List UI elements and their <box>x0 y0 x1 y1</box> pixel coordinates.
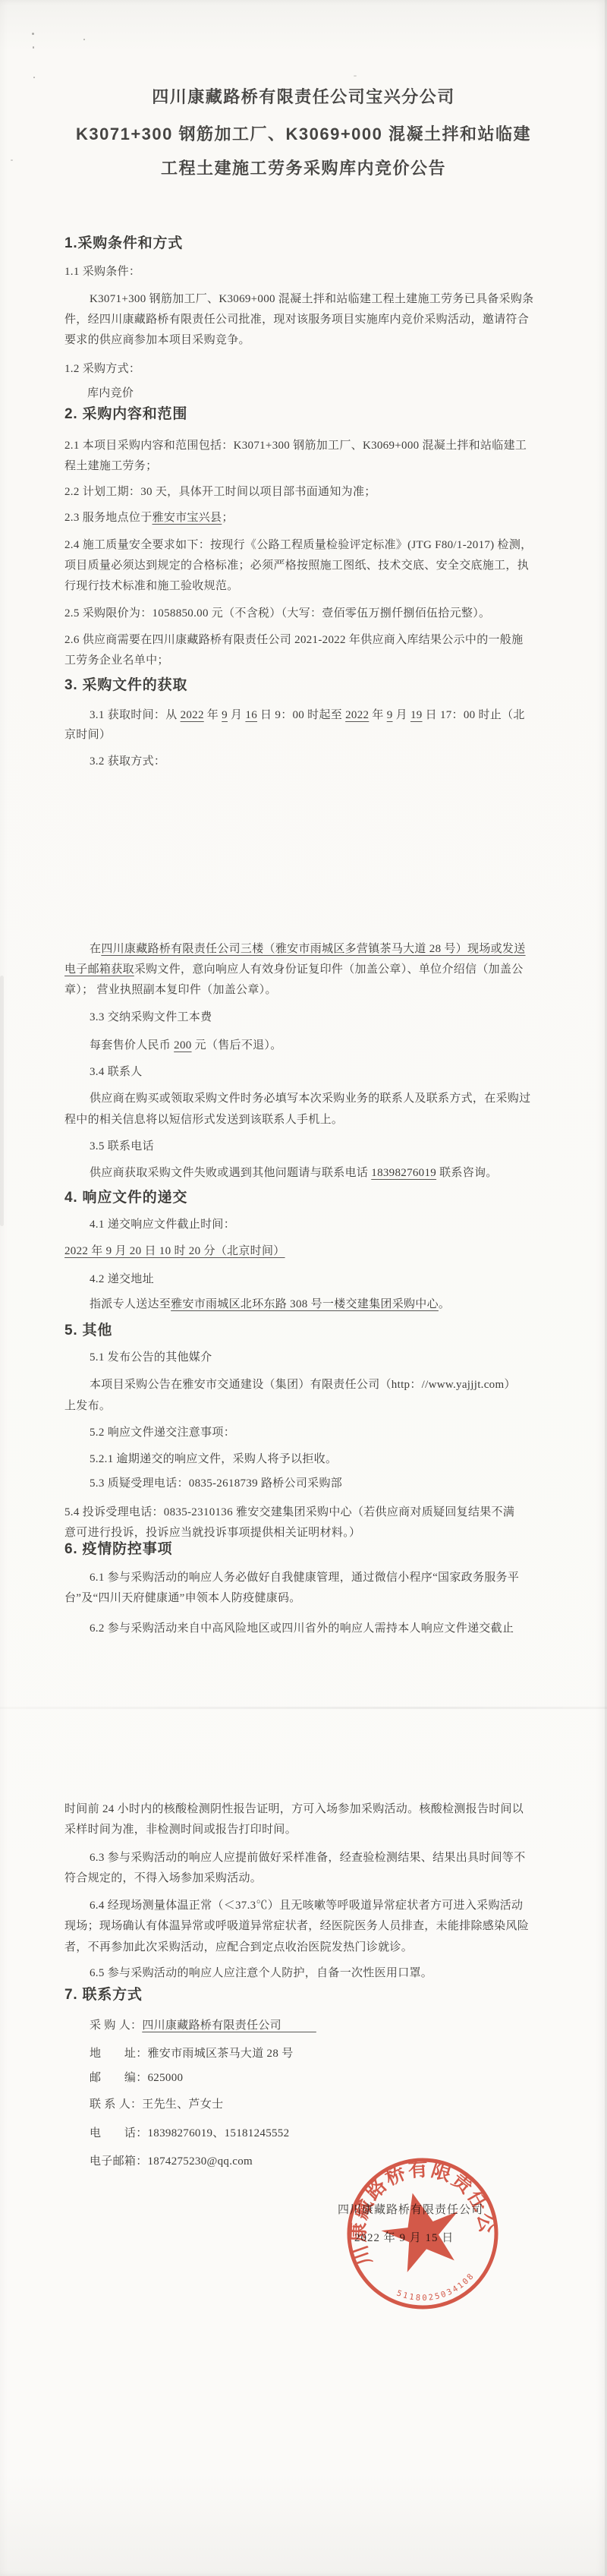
text-run: 者，不再参加此次采购活动，应配合到定点收治医院发热门诊就诊。 <box>64 1941 413 1953</box>
scan-streak <box>0 976 4 1226</box>
company-seal: 四川康藏路桥有限责任公司 5118025034108 <box>323 2134 522 2333</box>
text-run: 4.1 递交响应文件截止时间： <box>90 1219 235 1231</box>
text-run: 3.4 联系人 <box>90 1066 143 1078</box>
doc-text-line: 5.1 发布公告的其他媒介 <box>90 1350 212 1365</box>
text-run: 行现行技术标准和施工验收规范。 <box>64 580 239 592</box>
doc-text-line: 2.1 本项目采购内容和范围包括：K3071+300 钢筋加工厂、K3069+0… <box>64 438 527 453</box>
text-run: 四川康藏路桥有限责任公司宝兴分公司 <box>152 87 455 106</box>
scan-speck <box>83 39 85 40</box>
text-run: 5. 其他 <box>64 1323 112 1338</box>
underlined-text: 雅安市雨城区北环东路 308 号一楼交建集团采购中心 <box>171 1298 439 1310</box>
text-run: 联系咨询。 <box>436 1167 498 1179</box>
text-run: 2.2 计划工期：30 天，具体开工时间以项目部书面通知为准； <box>64 486 376 498</box>
doc-text-line: 程土建施工劳务； <box>64 459 157 474</box>
text-run: 2.4 施工质量安全要求如下：按现行《公路工程质量检验评定标准》(JTG F80… <box>64 539 532 551</box>
underlined-text: 电子邮箱获取 <box>64 963 134 976</box>
seal-star-icon <box>374 2183 469 2276</box>
doc-text-line: 2022 年 9 月 20 日 10 时 20 分（北京时间） <box>64 1244 285 1259</box>
doc-text-line: 库内竞价 <box>87 386 134 401</box>
text-run: 3.5 联系电话 <box>90 1140 154 1152</box>
doc-text-line: 5.3 质疑受理电话：0835-2618739 路桥公司采购部 <box>90 1476 342 1491</box>
text-run: 6.4 经现场测量体温正常（＜37.3℃）且无咳嗽等呼吸道异常症状者方可进入采购… <box>90 1900 523 1912</box>
text-run: 6.3 参与采购活动的响应人应提前做好采样准备，经查验检测结果、结果出具时间等不 <box>90 1852 526 1864</box>
text-run: 电 话：18398276019、15181245552 <box>90 2127 289 2139</box>
doc-text-line: 在四川康藏路桥有限责任公司三楼（雅安市雨城区多营镇茶马大道 28 号）现场或发送 <box>90 941 526 957</box>
underlined-text: 9 <box>222 709 228 721</box>
text-run: 6.1 参与采购活动的响应人务必做好自我健康管理，通过微信小程序“国家政务服务平 <box>90 1572 519 1584</box>
doc-text-line: 上发布。 <box>64 1398 111 1414</box>
underlined-text: 2022 <box>345 709 369 721</box>
text-run: 意可进行投诉，投诉应当就投诉事项提供相关证明材料。） <box>64 1527 360 1539</box>
section-4-heading: 4. 响应文件的递交 <box>64 1190 187 1206</box>
text-run: K3071+300 钢筋加工厂、K3069+000 混凝土拌和站临建 <box>76 125 531 143</box>
contact-person: 联 系 人：王先生、芦女士 <box>90 2097 223 2112</box>
text-run: 5.3 质疑受理电话：0835-2618739 路桥公司采购部 <box>90 1477 342 1490</box>
text-run: 年 <box>204 709 222 721</box>
doc-text-line: 5.2 响应文件递交注意事项： <box>90 1425 235 1440</box>
text-run: 京时间） <box>64 729 111 741</box>
doc-text-line: 2.3 服务地点位于雅安市宝兴县； <box>64 510 234 525</box>
underlined-text: 雅安市宝兴县 <box>153 512 222 524</box>
doc-text-line: 程中的相关信息将以短信形式发送到该联系人手机上。 <box>64 1112 343 1127</box>
doc-text-line: 行现行技术标准和施工验收规范。 <box>64 579 239 594</box>
doc-text-line: 符合规定的，不得入场参加采购活动。 <box>64 1871 262 1886</box>
text-run: 本项目采购公告在雅安市交通建设（集团）有限责任公司（http：//www.yaj… <box>90 1379 516 1391</box>
text-run: 3.1 获取时间：从 <box>90 709 181 721</box>
doc-text-line: 时间前 24 小时内的核酸检测阴性报告证明，方可入场参加采购活动。核酸检测报告时… <box>64 1802 524 1817</box>
text-run: 6.2 参与采购活动来自中高风险地区或四川省外的响应人需持本人响应文件递交截止 <box>90 1622 514 1635</box>
doc-text-line: 2.4 施工质量安全要求如下：按现行《公路工程质量检验评定标准》(JTG F80… <box>64 538 532 553</box>
doc-title-line-1: 四川康藏路桥有限责任公司宝兴分公司 <box>0 90 607 105</box>
doc-text-line: 供应商获取采购文件失败或遇到其他问题请与联系电话 18398276019 联系咨… <box>90 1165 498 1181</box>
text-run: 5.1 发布公告的其他媒介 <box>90 1351 212 1364</box>
section-5-heading: 5. 其他 <box>64 1323 112 1338</box>
doc-title-line-3: 工程土建施工劳务采购库内竞价公告 <box>0 161 607 176</box>
text-run: 日 9：00 时起至 <box>257 709 345 721</box>
doc-text-line: 京时间） <box>64 727 111 743</box>
underlined-text: 18398276019 <box>371 1167 436 1179</box>
doc-text-line: 6.3 参与采购活动的响应人应提前做好采样准备，经查验检测结果、结果出具时间等不 <box>90 1850 526 1865</box>
doc-text-line: 供应商在购买或领取采购文件时务必填写本次采购业务的联系人及联系方式，在采购过 <box>90 1091 530 1106</box>
doc-text-line: 3.1 获取时间：从 2022 年 9 月 16 日 9：00 时起至 2022… <box>90 708 525 723</box>
underlined-text: 19 <box>410 709 423 721</box>
contact-email: 电子邮箱：1874275230@qq.com <box>90 2154 253 2169</box>
text-run: 3.3 交纳采购文件工本费 <box>90 1011 212 1023</box>
scan-speck <box>33 46 34 49</box>
doc-text-line: 2.6 供应商需要在四川康藏路桥有限责任公司 2021-2022 年供应商入库结… <box>64 632 523 648</box>
text-run: 5.2.1 逾期递交的响应文件，采购人将予以拒收。 <box>90 1453 337 1465</box>
doc-text-line: 工劳务企业名单中； <box>64 653 169 668</box>
doc-text-line: 5.4 投诉受理电话：0835-2310136 雅安交建集团采购中心（若供应商对… <box>64 1505 514 1520</box>
text-run: 台”及“四川天府健康通”申领本人防疫健康码。 <box>64 1592 301 1604</box>
text-run: 月 <box>228 709 245 721</box>
underlined-text: 2022 <box>181 709 204 721</box>
text-run: 2. 采购内容和范围 <box>64 406 187 422</box>
underlined-text: 9 <box>387 709 393 721</box>
text-run: 要求的供应商参加本项目采购竞争。 <box>64 334 250 346</box>
text-run: 2.1 本项目采购内容和范围包括：K3071+300 钢筋加工厂、K3069+0… <box>64 440 527 452</box>
doc-text-line: 1.2 采购方式： <box>64 361 140 377</box>
text-run: 月 <box>393 709 410 721</box>
text-run: 3.2 获取方式： <box>90 755 165 768</box>
scan-speck <box>11 159 13 161</box>
text-run: 元（售后不退）。 <box>192 1039 282 1052</box>
contact-purchaser: 采 购 人：四川康藏路桥有限责任公司 <box>90 2018 316 2033</box>
text-run: 项目质量必须达到规定的合格标准；必须严格按照施工图纸、技术交底、安全交底施工，执 <box>64 560 529 572</box>
doc-text-line: 每套售价人民币 200 元（售后不退）。 <box>90 1038 282 1053</box>
doc-text-line: 台”及“四川天府健康通”申领本人防疫健康码。 <box>64 1591 301 1606</box>
section-2-heading: 2. 采购内容和范围 <box>64 407 187 422</box>
underlined-text: 2022 年 9 月 20 日 10 时 20 分（北京时间） <box>64 1245 285 1257</box>
text-run: 供应商在购买或领取采购文件时务必填写本次采购业务的联系人及联系方式，在采购过 <box>90 1093 530 1105</box>
text-run: 采购文件，意向响应人有效身份证复印件（加盖公章）、单位介绍信（加盖公 <box>134 963 524 976</box>
scanned-document-page: 四川康藏路桥有限责任公司宝兴分公司K3071+300 钢筋加工厂、K3069+0… <box>0 0 607 2576</box>
doc-text-line: 4.1 递交响应文件截止时间： <box>90 1217 235 1232</box>
section-1-heading: 1.采购条件和方式 <box>64 236 183 251</box>
doc-text-line: K3071+300 钢筋加工厂、K3069+000 混凝土拌和站临建工程土建施工… <box>90 292 534 307</box>
underlined-text: 四川康藏路桥有限责任公司三楼（雅安市雨城区多营镇茶马大道 28 号）现场或发送 <box>101 943 525 955</box>
doc-text-line: 5.2.1 逾期递交的响应文件，采购人将予以拒收。 <box>90 1452 337 1467</box>
scan-speck <box>354 75 357 77</box>
doc-text-line: 6.1 参与采购活动的响应人务必做好自我健康管理，通过微信小程序“国家政务服务平 <box>90 1570 519 1585</box>
text-run: 6.5 参与采购活动的响应人应注意个人防护，自备一次性医用口罩。 <box>90 1967 432 1979</box>
page-break-shadow <box>0 1707 607 1709</box>
doc-text-line: 本项目采购公告在雅安市交通建设（集团）有限责任公司（http：//www.yaj… <box>90 1377 516 1392</box>
text-run: 5.2 响应文件递交注意事项： <box>90 1427 235 1439</box>
text-run: 4. 响应文件的递交 <box>64 1190 187 1206</box>
doc-text-line: 要求的供应商参加本项目采购竞争。 <box>64 333 250 348</box>
doc-text-line: 采样时间为准，非检测时间或报告打印时间。 <box>64 1822 297 1837</box>
text-run: 4.2 递交地址 <box>90 1273 154 1285</box>
text-run: ； <box>222 512 233 524</box>
text-run: 采样时间为准，非检测时间或报告打印时间。 <box>64 1824 297 1836</box>
scan-speck <box>32 33 34 35</box>
doc-text-line: 1.1 采购条件： <box>64 264 140 279</box>
text-run: 3. 采购文件的获取 <box>64 677 187 693</box>
doc-text-line: 3.2 获取方式： <box>90 754 165 769</box>
text-run: 库内竞价 <box>87 387 134 399</box>
text-run: 2.3 服务地点位于 <box>64 512 153 524</box>
doc-text-line: 6.4 经现场测量体温正常（＜37.3℃）且无咳嗽等呼吸道异常症状者方可进入采购… <box>90 1898 523 1913</box>
contact-phone: 电 话：18398276019、15181245552 <box>90 2126 289 2141</box>
contact-address: 地 址：雅安市雨城区茶马大道 28 号 <box>90 2046 294 2061</box>
text-run: 日 17：00 时止（北 <box>423 709 525 721</box>
doc-text-line: 项目质量必须达到规定的合格标准；必须严格按照施工图纸、技术交底、安全交底施工，执 <box>64 558 529 573</box>
text-run: 符合规定的，不得入场参加采购活动。 <box>64 1872 262 1884</box>
text-run: 2.6 供应商需要在四川康藏路桥有限责任公司 2021-2022 年供应商入库结… <box>64 634 523 646</box>
text-run: 地 址：雅安市雨城区茶马大道 28 号 <box>90 2048 294 2060</box>
doc-text-line: 现场；现场确认有体温异常或呼吸道异常症状者，经医院医务人员排查，未能排除感染风险 <box>64 1919 529 1934</box>
text-run: 程土建施工劳务； <box>64 460 157 472</box>
doc-text-line: 意可进行投诉，投诉应当就投诉事项提供相关证明材料。） <box>64 1525 360 1540</box>
underlined-text: 16 <box>245 709 257 721</box>
text-run: 时间前 24 小时内的核酸检测阴性报告证明，方可入场参加采购活动。核酸检测报告时… <box>64 1803 524 1815</box>
text-run: 供应商获取采购文件失败或遇到其他问题请与联系电话 <box>90 1167 371 1179</box>
text-run: 1.采购条件和方式 <box>64 235 183 251</box>
text-run: 上发布。 <box>64 1400 111 1412</box>
section-6-heading: 6. 疫情防控事项 <box>64 1542 172 1557</box>
doc-text-line: 指派专人送达至雅安市雨城区北环东路 308 号一楼交建集团采购中心。 <box>90 1297 450 1312</box>
doc-text-line: 3.5 联系电话 <box>90 1139 154 1154</box>
text-run: 6. 疫情防控事项 <box>64 1541 172 1557</box>
text-run: 联 系 人：王先生、芦女士 <box>90 2098 223 2111</box>
text-run: 每套售价人民币 <box>90 1039 174 1052</box>
doc-text-line: 3.3 交纳采购文件工本费 <box>90 1010 212 1025</box>
doc-text-line: 者，不再参加此次采购活动，应配合到定点收治医院发热门诊就诊。 <box>64 1940 413 1955</box>
underlined-text: 四川康藏路桥有限责任公司 <box>142 2019 316 2032</box>
text-run: 5.4 投诉受理电话：0835-2310136 雅安交建集团采购中心（若供应商对… <box>64 1506 514 1518</box>
text-run: 2.5 采购限价为：1058850.00 元（不含税）（大写：壹佰零伍万捌仟捌佰… <box>64 607 490 620</box>
doc-title-line-2: K3071+300 钢筋加工厂、K3069+000 混凝土拌和站临建 <box>0 127 607 142</box>
text-run: 采 购 人： <box>90 2019 142 2032</box>
text-run: 年 <box>369 709 386 721</box>
text-run: 件，经四川康藏路桥有限责任公司批准，现对该服务项目实施库内竞价采购活动，邀请符合 <box>64 314 529 326</box>
text-run: 电子邮箱：1874275230@qq.com <box>90 2155 253 2168</box>
contact-postcode: 邮 编：625000 <box>90 2070 183 2086</box>
section-7-heading: 7. 联系方式 <box>64 1988 143 2003</box>
text-run: 1.1 采购条件： <box>64 266 140 278</box>
text-run: 1.2 采购方式： <box>64 363 140 375</box>
doc-text-line: 6.5 参与采购活动的响应人应注意个人防护，自备一次性医用口罩。 <box>90 1966 432 1981</box>
section-3-heading: 3. 采购文件的获取 <box>64 678 187 693</box>
text-run: 程中的相关信息将以短信形式发送到该联系人手机上。 <box>64 1114 343 1126</box>
text-run: 邮 编：625000 <box>90 2072 183 2084</box>
underlined-text: 200 <box>174 1039 191 1052</box>
doc-text-line: 2.5 采购限价为：1058850.00 元（不含税）（大写：壹佰零伍万捌仟捌佰… <box>64 606 490 621</box>
text-run: 指派专人送达至 <box>90 1298 171 1310</box>
doc-text-line: 章）； 营业执照副本复印件（加盖公章）。 <box>64 982 277 998</box>
text-run: 在 <box>90 943 101 955</box>
text-run: 章）； 营业执照副本复印件（加盖公章）。 <box>64 984 277 996</box>
text-run: 7. 联系方式 <box>64 1987 143 2003</box>
doc-text-line: 2.2 计划工期：30 天，具体开工时间以项目部书面通知为准； <box>64 484 376 500</box>
doc-text-line: 件，经四川康藏路桥有限责任公司批准，现对该服务项目实施库内竞价采购活动，邀请符合 <box>64 312 529 327</box>
doc-text-line: 6.2 参与采购活动来自中高风险地区或四川省外的响应人需持本人响应文件递交截止 <box>90 1621 514 1636</box>
scan-speck <box>33 77 35 78</box>
text-run: 工程土建施工劳务采购库内竞价公告 <box>161 159 446 178</box>
text-run: K3071+300 钢筋加工厂、K3069+000 混凝土拌和站临建工程土建施工… <box>90 293 534 305</box>
text-run: 现场；现场确认有体温异常或呼吸道异常症状者，经医院医务人员排查，未能排除感染风险 <box>64 1920 529 1932</box>
doc-text-line: 4.2 递交地址 <box>90 1272 154 1287</box>
doc-text-line: 电子邮箱获取采购文件，意向响应人有效身份证复印件（加盖公章）、单位介绍信（加盖公 <box>64 962 524 977</box>
text-run: 工劳务企业名单中； <box>64 654 169 667</box>
doc-text-line: 3.4 联系人 <box>90 1064 143 1080</box>
text-run: 。 <box>439 1298 450 1310</box>
